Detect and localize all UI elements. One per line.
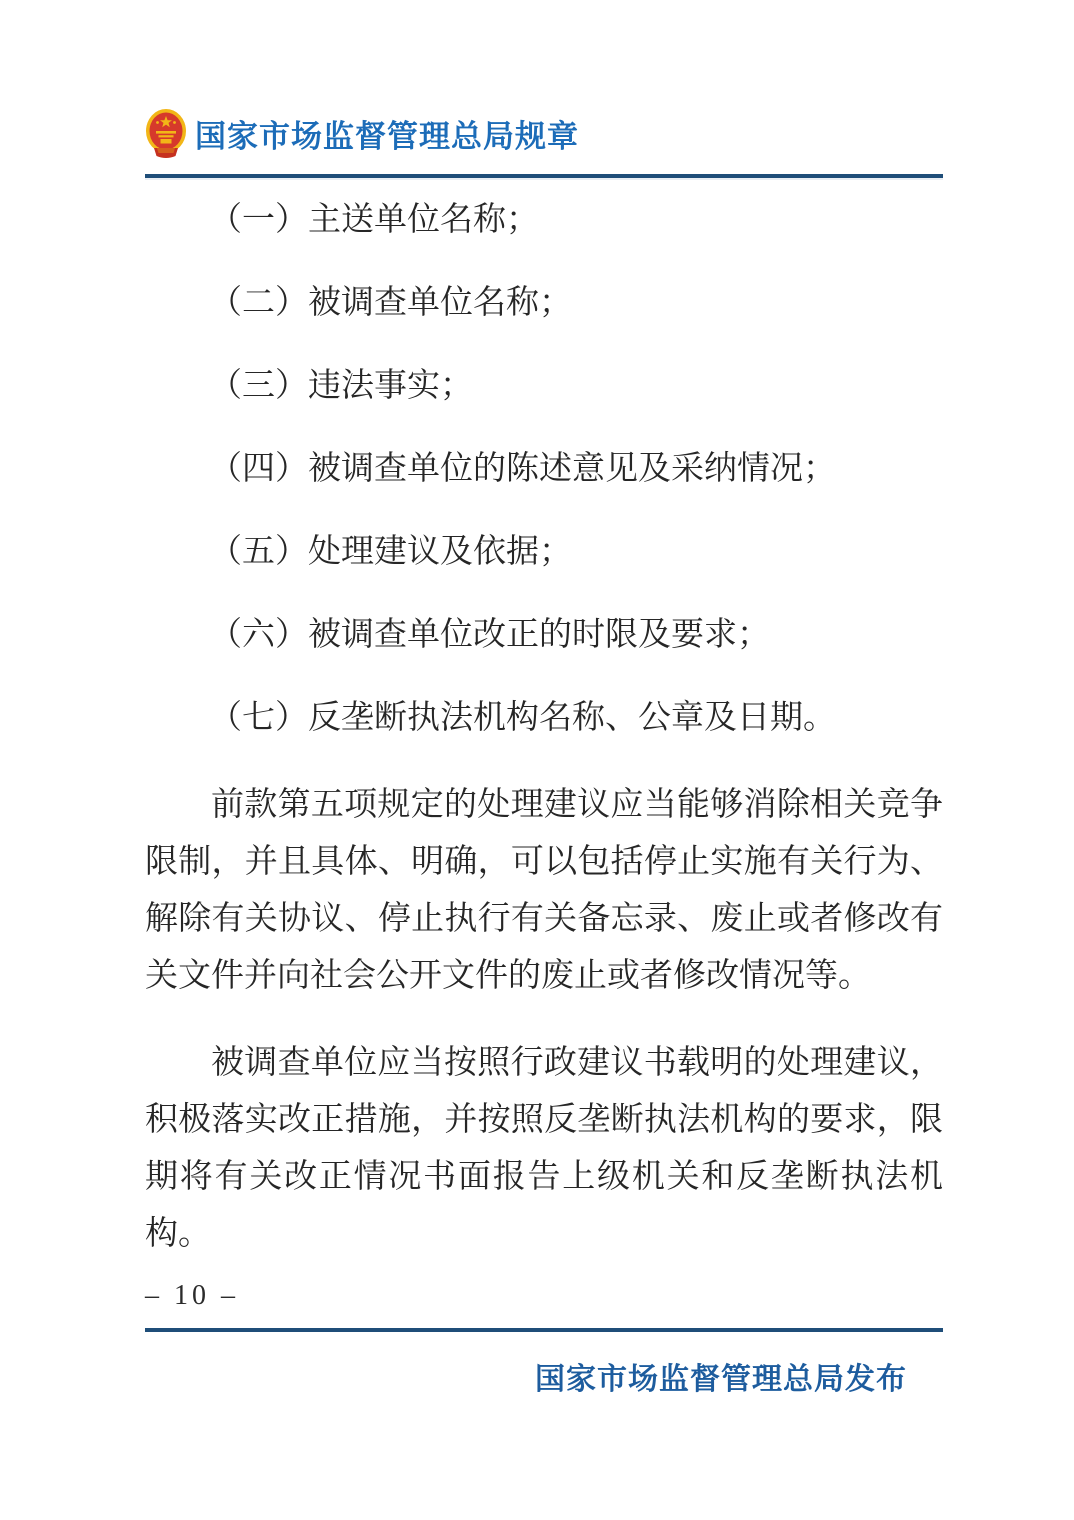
paragraph-1: 前款第五项规定的处理建议应当能够消除相关竞争限制，并且具体、明确，可以包括停止实… <box>145 777 943 1005</box>
header-divider <box>145 174 943 180</box>
document-page: 国家市场监督管理总局规章 （一）主送单位名称； （二）被调查单位名称； （三）违… <box>0 0 1074 1520</box>
page-content: 国家市场监督管理总局规章 （一）主送单位名称； （二）被调查单位名称； （三）违… <box>145 0 943 1263</box>
clause-item-5: （五）处理建议及依据； <box>145 524 943 581</box>
document-footer: – 10 – 国家市场监督管理总局发布 <box>145 1280 943 1398</box>
paragraph-2: 被调查单位应当按照行政建议书载明的处理建议，积极落实改正措施，并按照反垄断执法机… <box>145 1035 943 1263</box>
china-national-emblem-icon <box>145 108 187 160</box>
publisher-label: 国家市场监督管理总局发布 <box>145 1354 943 1398</box>
clause-item-4: （四）被调查单位的陈述意见及采纳情况； <box>145 441 943 498</box>
clause-item-2: （二）被调查单位名称； <box>145 275 943 332</box>
document-body: （一）主送单位名称； （二）被调查单位名称； （三）违法事实； （四）被调查单位… <box>145 192 943 1263</box>
document-header-title: 国家市场监督管理总局规章 <box>195 117 579 152</box>
document-header: 国家市场监督管理总局规章 <box>145 108 943 160</box>
clause-item-1: （一）主送单位名称； <box>145 192 943 249</box>
footer-divider <box>145 1328 943 1332</box>
page-number: – 10 – <box>145 1280 943 1312</box>
clause-item-7: （七）反垄断执法机构名称、公章及日期。 <box>145 690 943 747</box>
clause-item-6: （六）被调查单位改正的时限及要求； <box>145 607 943 664</box>
clause-item-3: （三）违法事实； <box>145 358 943 415</box>
